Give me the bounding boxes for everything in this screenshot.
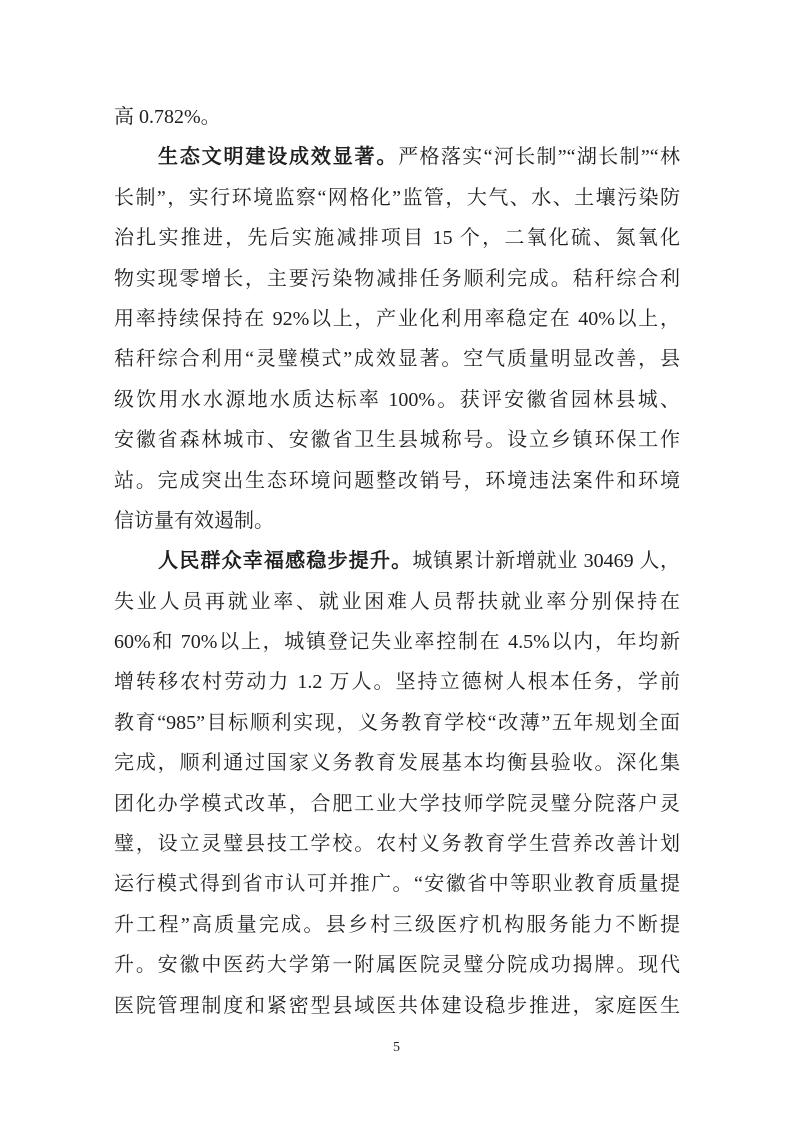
text-line: 生态文明建设成效显著。严格落实“河长制”“湖长制”“林	[114, 137, 680, 177]
text-line: 增转移农村劳动力 1.2 万人。坚持立德树人根本任务，学前	[114, 662, 680, 702]
text-line: 璧，设立灵璧县技工学校。农村义务教育学生营养改善计划	[114, 824, 680, 864]
text-line: 级饮用水水源地水质达标率 100%。获评安徽省园林县城、	[114, 380, 680, 420]
paragraph-heading: 人民群众幸福感稳步提升。	[158, 550, 412, 572]
text-line: 教育“985”目标顺利实现，义务教育学校“改薄”五年规划全面	[114, 703, 680, 743]
text-line: 安徽省森林城市、安徽省卫生县城称号。设立乡镇环保工作	[114, 420, 680, 460]
text-line: 运行模式得到省市认可并推广。“安徽省中等职业教育质量提	[114, 864, 680, 904]
text-line: 秸秆综合利用“灵璧模式”成效显著。空气质量明显改善，县	[114, 339, 680, 379]
text-line: 用率持续保持在 92%以上，产业化利用率稳定在 40%以上，	[114, 299, 680, 339]
text-line: 高 0.782%。	[114, 97, 680, 137]
text-line: 60%和 70%以上，城镇登记失业率控制在 4.5%以内，年均新	[114, 622, 680, 662]
text-line: 完成，顺利通过国家义务教育发展基本均衡县验收。深化集	[114, 743, 680, 783]
text-line: 长制”，实行环境监察“网格化”监管，大气、水、土壤污染防	[114, 178, 680, 218]
text-line: 升。安徽中医药大学第一附属医院灵璧分院成功揭牌。现代	[114, 945, 680, 985]
text-line: 失业人员再就业率、就业困难人员帮扶就业率分别保持在	[114, 582, 680, 622]
text-line: 信访量有效遏制。	[114, 501, 680, 541]
paragraph-heading: 生态文明建设成效显著。	[158, 146, 398, 168]
text-line: 治扎实推进，先后实施减排项目 15 个，二氧化硫、氮氧化	[114, 218, 680, 258]
text-line: 医院管理制度和紧密型县域医共体建设稳步推进，家庭医生	[114, 986, 680, 1026]
document-body: 高 0.782%。生态文明建设成效显著。严格落实“河长制”“湖长制”“林长制”，…	[114, 97, 680, 1026]
document-page: 高 0.782%。生态文明建设成效显著。严格落实“河长制”“湖长制”“林长制”，…	[0, 0, 793, 1122]
text-line: 人民群众幸福感稳步提升。城镇累计新增就业 30469 人，	[114, 541, 680, 581]
text-line: 站。完成突出生态环境问题整改销号，环境违法案件和环境	[114, 461, 680, 501]
page-number: 5	[0, 1039, 793, 1057]
text-line: 升工程”高质量完成。县乡村三级医疗机构服务能力不断提	[114, 905, 680, 945]
text-line: 团化办学模式改革，合肥工业大学技师学院灵璧分院落户灵	[114, 784, 680, 824]
text-line: 物实现零增长，主要污染物减排任务顺利完成。秸秆综合利	[114, 259, 680, 299]
